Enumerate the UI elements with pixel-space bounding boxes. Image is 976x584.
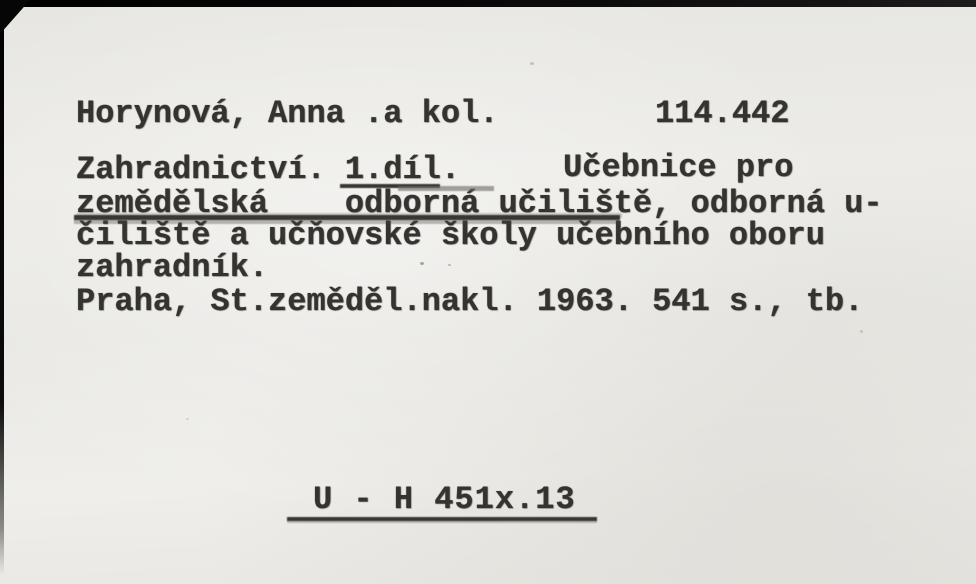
underline-title-smear <box>398 186 494 191</box>
title-continuation: Učebnice pro <box>563 152 793 184</box>
imprint-line: Praha, St.zeměděl.nakl. 1963. 541 s., tb… <box>76 286 863 318</box>
call-number: U - H 451x.13 <box>313 484 576 516</box>
scan-edge-left <box>0 0 4 575</box>
underline-call-number <box>287 517 597 521</box>
paper-speck <box>420 262 424 265</box>
accession-number: 114.442 <box>655 98 789 130</box>
scan-edge-top <box>0 0 976 7</box>
paper-speck <box>530 62 534 65</box>
author-line: Horynová, Anna .a kol. <box>76 98 498 130</box>
body-line-3: zahradník. <box>76 252 268 284</box>
scan-corner-top-left <box>0 0 30 34</box>
underline-body-phrase <box>74 215 620 220</box>
paper-speck <box>860 330 863 333</box>
catalog-card: Horynová, Anna .a kol. 114.442 Zahradnic… <box>0 0 976 584</box>
paper-speck <box>448 264 451 266</box>
title-line: Zahradnictví. 1.díl. <box>76 154 460 186</box>
body-line-2: čiliště a učňovské školy učebního oboru <box>76 220 825 252</box>
paper-speck <box>186 418 189 420</box>
